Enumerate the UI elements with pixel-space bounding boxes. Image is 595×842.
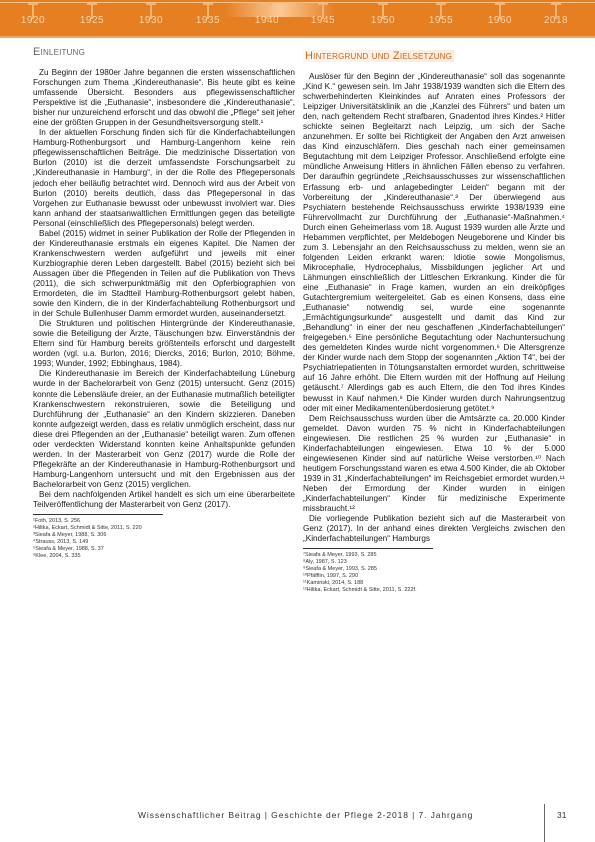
footer-divider xyxy=(544,804,545,842)
footnote-divider xyxy=(303,548,433,549)
footnote-divider xyxy=(33,514,163,515)
footnotes-left: ¹Foth, 2013, S. 256 ²Hiltka, Eckart, Sch… xyxy=(33,518,295,560)
footnote: ⁴Strauss, 2013, S. 149 xyxy=(33,539,295,546)
timeline-header: 1920192519301935194019451950195519602018 xyxy=(0,0,595,38)
timeline-tick: 1950 xyxy=(355,0,411,34)
footnote: ¹Foth, 2013, S. 256 xyxy=(33,518,295,525)
section-heading-einleitung: Einleitung xyxy=(33,46,295,58)
timeline-year-label: 2018 xyxy=(528,15,584,26)
footnote: ²Hiltka, Eckart, Schmidt & Sitte, 2011, … xyxy=(33,525,295,532)
paragraph: Auslöser für den Beginn der „Kindereutha… xyxy=(303,72,565,414)
paragraph: Zu Beginn der 1980er Jahre begannen die … xyxy=(33,68,295,128)
timeline-year-label: 1930 xyxy=(123,15,179,26)
timeline-year-label: 1945 xyxy=(295,15,351,26)
footnotes-right: ⁷Sieafa & Meyer, 1993, S. 285 ⁸Aly, 1987… xyxy=(303,552,565,594)
timeline-year-label: 1920 xyxy=(5,15,61,26)
section-heading-hintergrund: Hintergrund und Zielsetzung xyxy=(303,50,454,62)
paragraph: Die vorliegende Publikation bezieht sich… xyxy=(303,514,565,544)
timeline-tick: 1945 xyxy=(295,0,351,34)
page-footer: Wissenschaftlicher Beitrag | Geschichte … xyxy=(138,810,473,820)
page-number: 31 xyxy=(557,810,566,820)
paragraph: Dem Reichsausschuss wurden über die Amts… xyxy=(303,414,565,514)
timeline-year-label: 1940 xyxy=(239,15,295,26)
paragraph: Babel (2015) widmet in seiner Publikatio… xyxy=(33,229,295,319)
footnote: ¹¹Kaminski, 2014, S. 188 xyxy=(303,580,565,587)
footnote: ³Sieafa & Meyer, 1988, S. 306 xyxy=(33,532,295,539)
footnote: ¹⁰Pfäfflin, 1997, S. 290 xyxy=(303,573,565,580)
right-column: Hintergrund und Zielsetzung Auslöser für… xyxy=(303,46,565,594)
timeline-tick: 1940 xyxy=(239,0,295,34)
timeline-tick: 1925 xyxy=(64,0,120,34)
left-body: Zu Beginn der 1980er Jahre begannen die … xyxy=(33,68,295,510)
paragraph: Bei dem nachfolgenden Artikel handelt es… xyxy=(33,490,295,510)
timeline-tick: 1935 xyxy=(180,0,236,34)
timeline-year-label: 1960 xyxy=(472,15,528,26)
left-column: Einleitung Zu Beginn der 1980er Jahre be… xyxy=(33,46,295,560)
timeline-tick: 1930 xyxy=(123,0,179,34)
footnote: ⁶Klee, 2004, S. 335 xyxy=(33,553,295,560)
timeline-year-label: 1955 xyxy=(413,15,469,26)
timeline-year-label: 1950 xyxy=(355,15,411,26)
footnote: ¹²Hiltka, Eckart, Schmidt & Sitte, 2011,… xyxy=(303,587,565,594)
timeline-year-label: 1925 xyxy=(64,15,120,26)
timeline-tick: 1955 xyxy=(413,0,469,34)
timeline-tick: 1920 xyxy=(5,0,61,34)
timeline-year-label: 1935 xyxy=(180,15,236,26)
right-body: Auslöser für den Beginn der „Kindereutha… xyxy=(303,72,565,544)
paragraph: Die Strukturen und politischen Hintergrü… xyxy=(33,319,295,369)
footnote: ⁵Sieafa & Meyer, 1988, S. 37 xyxy=(33,546,295,553)
paragraph: In der aktuellen Forschung finden sich f… xyxy=(33,128,295,228)
timeline-tick: 1960 xyxy=(472,0,528,34)
paragraph: Die Kindereuthanasie im Bereich der Kind… xyxy=(33,369,295,490)
timeline-tick: 2018 xyxy=(528,0,584,34)
